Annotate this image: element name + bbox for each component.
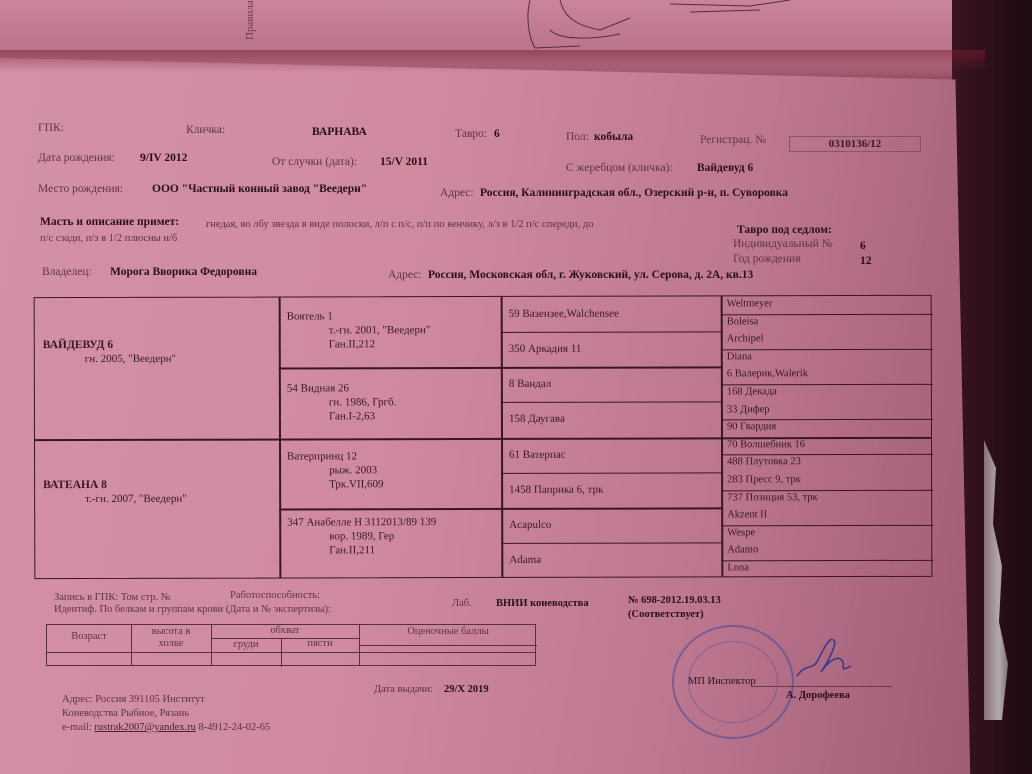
birthplace-label: Место рождения: [38, 183, 123, 195]
pedigree-table: ВАЙДЕВУД 6 гн. 2005, "Веедерн" ВАТЕАНА 8… [34, 295, 933, 579]
gen2-cell: Ватерпринц 12 рыж. 2003 Трк.VII,609 [287, 449, 384, 491]
stamp-label: МП Инспектор [688, 676, 756, 687]
dam-cell: ВАТЕАНА 8 т.-гн. 2007, "Веедерн" [43, 478, 187, 506]
gpk-label: ГПК: [38, 122, 64, 134]
color-description-line1: гнедая, во лбу звезда в виде полоски, л/… [206, 219, 593, 230]
gen4-ancestor: 488 Плутовка 23 [723, 456, 801, 470]
ancestor-name: 54 Видная 26 [287, 382, 349, 394]
sire-cell: ВАЙДЕВУД 6 гн. 2005, "Веедерн" [43, 338, 176, 366]
birth-year-label: Год рождения [733, 253, 801, 265]
owner-address-label: Адрес: [388, 269, 422, 281]
gen4-ancestor: 737 Позиция 53, трк [723, 491, 818, 505]
issue-date-label: Дата выдачи: [374, 684, 433, 695]
gen3-ancestor: Acapulco [509, 518, 551, 532]
gen3-ancestor: 158 Даугава [509, 412, 565, 426]
name-label: Кличка: [186, 124, 225, 136]
expertise-number: № 698-2012.19.03.13 [628, 595, 721, 606]
email-link[interactable]: rustrak2007@yandex.ru [94, 722, 196, 733]
sire-info: гн. 2005, "Веедерн" [43, 352, 176, 366]
gen4-ancestor: Diana [723, 350, 752, 364]
gen3-ancestor: 1458 Паприка 6, трк [509, 483, 603, 497]
gen4-ancestor: 90 Гвардия [723, 420, 776, 434]
height-header-l2: холке [131, 638, 211, 649]
gen4-ancestor: 283 Пресс 9, трк [723, 473, 801, 487]
gen2-cell: 54 Видная 26 гн. 1986, Гргб. Ган.I-2,63 [287, 381, 397, 423]
gen3-ancestor: Adama [509, 553, 541, 567]
issue-date-value: 29/X 2019 [444, 684, 489, 695]
registration-number: 0310136/12 [789, 136, 921, 152]
owner-value: Морога Вворика Федоровна [110, 266, 257, 278]
color-description-line2: п/с сзади, п/з в 1/2 плюсны н/б [40, 233, 177, 244]
ancestor-info: рыж. 2003 [287, 463, 383, 477]
dam-name: ВАТЕАНА 8 [43, 479, 107, 491]
lab-label: Лаб. [452, 598, 472, 609]
owner-label: Владелец: [42, 266, 92, 278]
gen3-ancestor: 61 Ватерпас [509, 448, 566, 462]
birth-date-label: Дата рождения: [38, 152, 115, 164]
gen3-ancestor: 350 Аркадия 11 [509, 342, 582, 356]
paper-fold-shadow [0, 50, 985, 72]
ident-label: Идентиф. По белкам и группам крови (Дата… [54, 604, 331, 615]
gen4-ancestor: Akzent II [723, 508, 767, 522]
mating-date-label: От случки (дата): [272, 156, 357, 168]
gen4-ancestor: 168 Декада [723, 385, 777, 399]
gen4-ancestor: Archipel [723, 332, 764, 346]
pastern-header: пясти [281, 638, 359, 649]
gen3-ancestor: 59 Вазензее,Walchensee [509, 307, 619, 321]
stallion-label: С жеребцом (кличка): [566, 162, 673, 174]
brand-label: Тавро: [455, 128, 487, 140]
gen4-ancestor: Weltmeyer [723, 297, 773, 311]
dam-info: т.-гн. 2007, "Веедерн" [43, 492, 187, 506]
gpk-record-label: Запись в ГПК: Том стр. № [54, 592, 171, 603]
gen4-ancestor: 6 Валерик,Walerik [723, 368, 808, 382]
contact-line: e-mail: rustrak2007@yandex.ru 8-4912-24-… [62, 722, 270, 733]
saddle-brand-label: Тавро под седлом: [737, 224, 832, 236]
gen2-cell: Воятель 1 т.-гн. 2001, "Веедерн" Ган.II,… [287, 309, 431, 351]
reg-label: Регистрац. № [700, 134, 766, 146]
birth-year-value: 12 [860, 255, 872, 267]
ancestor-ref: Ган.I-2,63 [287, 409, 396, 423]
ancestor-info: т.-гн. 2001, "Веедерн" [287, 323, 431, 337]
gen2-cell: 347 Анабелле H 3112013/89 139 вор. 1989,… [287, 515, 436, 557]
color-label: Масть и описание примет: [40, 216, 179, 228]
scores-header: Оценочные баллы [359, 626, 537, 637]
birthplace-address-value: Россия, Калининградская обл., Озерский р… [480, 187, 788, 199]
back-sheet-label: Правила [244, 0, 256, 40]
gen3-ancestor: 8 Вандал [509, 377, 551, 391]
birthplace-value: ООО "Частный конный завод "Веедерн" [152, 183, 367, 195]
girth-header: обхват [211, 625, 359, 636]
chest-header: груди [211, 639, 281, 650]
stallion-value: Вайдевуд 6 [697, 162, 753, 174]
expertise-result: (Соответствует) [628, 609, 704, 620]
ancestor-name: Ватерпринц 12 [287, 450, 357, 462]
age-header: Возраст [47, 631, 131, 642]
gen4-ancestor: Boleisa [723, 315, 759, 329]
sex-value: кобыла [594, 131, 633, 143]
ancestor-ref: Ган.II,211 [287, 543, 436, 557]
ancestor-ref: Ган.II,212 [287, 337, 431, 351]
institute-address-line2: Коневодства Рыбное, Рязань [62, 708, 189, 719]
ancestor-name: Воятель 1 [287, 310, 333, 322]
lab-value: ВНИИ коневодства [496, 598, 589, 609]
individual-no-label: Индивидуальный № [733, 238, 833, 250]
birth-date-value: 9/IV 2012 [140, 152, 187, 164]
phone-number: 8-4912-24-02-65 [199, 722, 271, 733]
sire-name: ВАЙДЕВУД 6 [43, 339, 113, 351]
signature-icon [795, 632, 865, 682]
signature-line [752, 686, 892, 687]
individual-no-value: 6 [860, 240, 866, 252]
email-label: e-mail: [62, 722, 92, 733]
institute-address-line1: Адрес: Россия 391105 Институт [62, 694, 205, 705]
sex-label: Пол: [566, 131, 589, 143]
ancestor-ref: Трк.VII,609 [287, 477, 383, 491]
gen4-ancestor: Lona [723, 561, 749, 575]
horse-name: ВАРНАВА [312, 126, 367, 138]
ancestor-name: 347 Анабелле H 3112013/89 139 [287, 516, 436, 528]
gen4-ancestor: Adamo [723, 544, 758, 558]
mating-date-value: 15/V 2011 [380, 156, 428, 168]
gen4-ancestor: Wespe [723, 526, 755, 540]
brand-value: 6 [494, 128, 500, 140]
owner-address-value: Россия, Московская обл, г. Жуковский, ул… [428, 269, 753, 281]
inspector-name: А. Дорофеева [786, 690, 850, 701]
ancestor-info: вор. 1989, Гер [287, 529, 436, 543]
height-header-l1: высота в [131, 626, 211, 637]
measurements-table: Возраст высота в холке обхват груди пяст… [46, 624, 536, 666]
ancestor-info: гн. 1986, Гргб. [287, 395, 396, 409]
performance-label: Работоспособность: [230, 590, 320, 601]
birthplace-address-label: Адрес: [440, 187, 474, 199]
gen4-ancestor: 33 Дифер [723, 403, 770, 417]
gen4-ancestor: 70 Волшебник 16 [723, 438, 805, 452]
